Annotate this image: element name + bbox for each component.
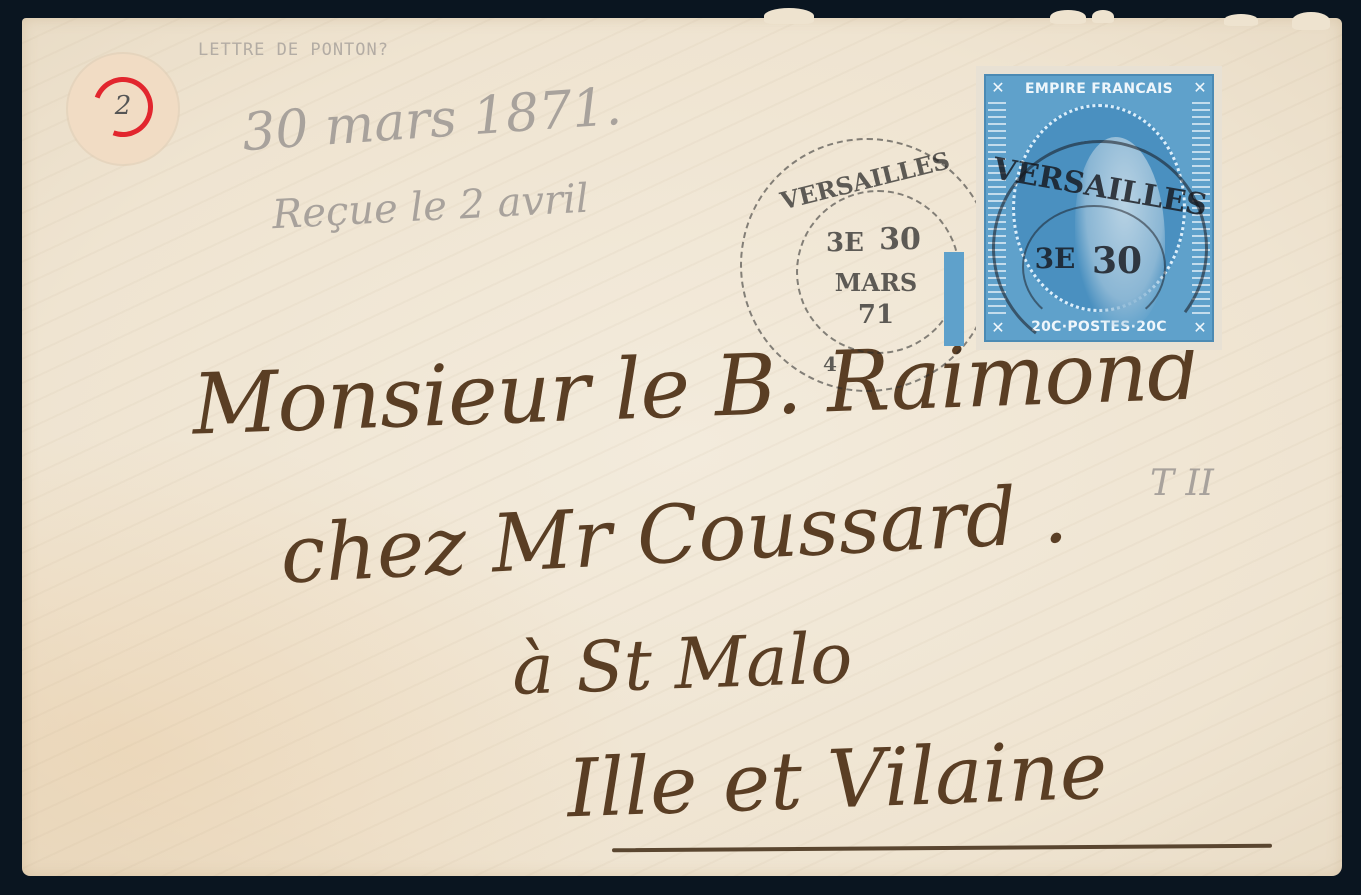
paper-tear (1050, 10, 1086, 24)
pencil-type-mark: T II (1150, 463, 1214, 504)
address-underline (612, 844, 1272, 853)
address-line-3: à St Malo (511, 617, 854, 711)
corner-x-icon: ✕ (1190, 78, 1210, 98)
postmark-time: 3E (815, 228, 875, 258)
postmark-dept: 4 (790, 352, 870, 376)
corner-x-icon: ✕ (1190, 318, 1210, 338)
paper-tear (764, 8, 814, 24)
sticker-number: 2 (68, 91, 178, 121)
address-line-2: chez Mr Coussard . (278, 467, 1070, 601)
postmark-day: 30 (870, 222, 930, 257)
postmark-month: MARS (816, 268, 936, 297)
pencil-date-line: 30 mars 1871. (240, 77, 623, 163)
address-line-4: Ille et Vilaine (566, 724, 1109, 836)
corner-x-icon: ✕ (988, 78, 1008, 98)
pencil-header-note: LETTRE DE PONTON? (198, 40, 389, 60)
postmark-year: 71 (846, 300, 906, 330)
corner-x-icon: ✕ (988, 318, 1008, 338)
adjacent-stamp-fragment (944, 252, 964, 346)
pencil-received-line: Reçue le 2 avril (271, 176, 590, 239)
paper-tear (1224, 14, 1258, 26)
cancellation-time: 3E (1030, 242, 1080, 275)
collector-sticker: 2 (68, 54, 178, 164)
paper-tear (1092, 10, 1114, 23)
stamp-top-legend: EMPIRE FRANCAIS (1010, 78, 1188, 100)
paper-tear (1292, 12, 1330, 30)
cancellation-day: 30 (1082, 240, 1152, 282)
